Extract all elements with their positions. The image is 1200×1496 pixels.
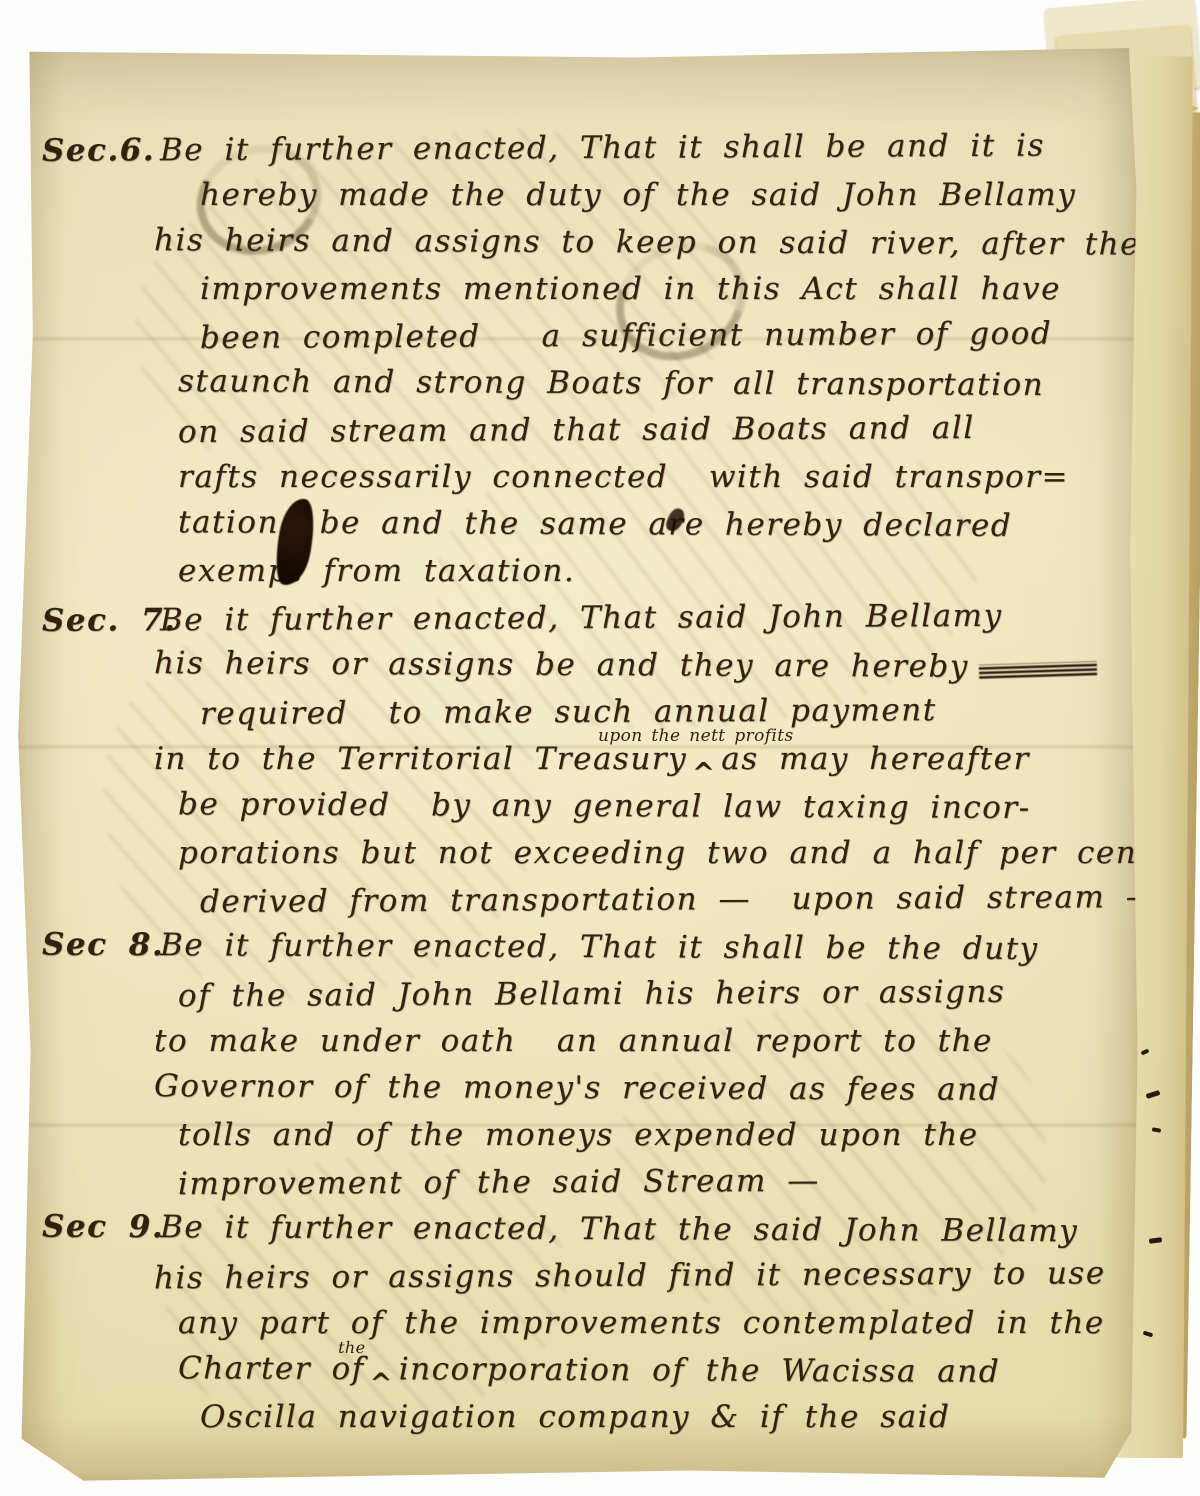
line-text: rafts necessarily connected with said tr… bbox=[178, 459, 1069, 495]
manuscript-line: tation be and the same are hereby declar… bbox=[42, 504, 1124, 556]
line-text: incorporation of the Wacissa and bbox=[399, 1351, 1001, 1390]
manuscript-line: Oscilla navigation company & if the said bbox=[42, 1399, 1124, 1446]
caret-insertion-icon: ^ bbox=[692, 758, 716, 789]
manuscript-page: Sec.6.Be it further enacted, That it sha… bbox=[16, 46, 1138, 1482]
manuscript-line: to make under oath an annual report to t… bbox=[42, 1023, 1124, 1070]
manuscript-line-with-insertion: Charter of^theincorporation of the Wacis… bbox=[42, 1350, 1124, 1402]
line-text: hereby made the duty of the said John Be… bbox=[200, 177, 1076, 213]
manuscript-text-block: Sec.6.Be it further enacted, That it sha… bbox=[42, 130, 1124, 1446]
manuscript-line: required to make such annual payment bbox=[42, 691, 1124, 744]
line-text: Be it further enacted, That it shall be … bbox=[160, 927, 1039, 967]
line-text: porations but not exceeding two and a ha… bbox=[178, 835, 1200, 871]
line-text: been completed a sufficient number of go… bbox=[200, 316, 1052, 356]
line-text: as may hereafter bbox=[721, 741, 1030, 777]
manuscript-line-with-insertion: in to the Territorial Treasury^upon the … bbox=[42, 741, 1124, 788]
manuscript-line: improvement of the said Stream — bbox=[42, 1161, 1124, 1214]
line-text: staunch and strong Boats for all transpo… bbox=[178, 363, 1044, 403]
line-text: any part of the improvements contemplate… bbox=[178, 1305, 1105, 1341]
section-label: Sec 8. bbox=[42, 927, 160, 964]
manuscript-line: improvements mentioned in this Act shall… bbox=[42, 271, 1124, 318]
manuscript-line: staunch and strong Boats for all transpo… bbox=[42, 363, 1124, 415]
line-text: to make under oath an annual report to t… bbox=[154, 1023, 993, 1059]
line-text: improvements mentioned in this Act shall… bbox=[200, 271, 1061, 307]
manuscript-line: of the said John Bellami his heirs or as… bbox=[42, 973, 1124, 1026]
crossed-out-word bbox=[979, 661, 1097, 681]
line-text: Governor of the money's received as fees… bbox=[154, 1068, 1000, 1108]
manuscript-line: derived from transportation — upon said … bbox=[42, 879, 1124, 932]
line-text: required to make such annual payment bbox=[200, 692, 937, 732]
line-text: in to the Territorial Treasury bbox=[154, 741, 687, 777]
manuscript-line: his heirs and assigns to keep on said ri… bbox=[42, 222, 1124, 274]
section-label: Sec.6. bbox=[42, 132, 160, 169]
line-text: Be it further enacted, That the said Joh… bbox=[160, 1209, 1078, 1249]
manuscript-line: his heirs or assigns should find it nece… bbox=[42, 1255, 1124, 1308]
line-text: improvement of the said Stream — bbox=[178, 1163, 820, 1202]
manuscript-line: Governor of the money's received as fees… bbox=[42, 1068, 1124, 1120]
caret-insertion-icon: ^ bbox=[370, 1368, 394, 1399]
section-label: Sec. 7. bbox=[42, 602, 160, 639]
line-text: his heirs and assigns to keep on said ri… bbox=[154, 222, 1140, 262]
line-text: derived from transportation — upon said … bbox=[200, 879, 1158, 920]
line-text: tolls and of the moneys expended upon th… bbox=[178, 1117, 979, 1153]
manuscript-line: Sec 8.Be it further enacted, That it sha… bbox=[42, 927, 1124, 979]
manuscript-line: exempt from taxation. bbox=[42, 553, 1124, 600]
line-text: exempt from taxation. bbox=[178, 553, 575, 589]
section-label: Sec 9. bbox=[42, 1209, 160, 1246]
manuscript-line: hereby made the duty of the said John Be… bbox=[42, 177, 1124, 224]
line-text: of the said John Bellami his heirs or as… bbox=[178, 974, 1005, 1014]
line-text: Be it further enacted, That said John Be… bbox=[160, 598, 1003, 638]
interlinear-insertion: upon the nett profits bbox=[598, 726, 794, 746]
manuscript-line: be provided by any general law taxing in… bbox=[42, 786, 1124, 838]
manuscript-line: rafts necessarily connected with said tr… bbox=[42, 459, 1124, 506]
line-text: on said stream and that said Boats and a… bbox=[178, 410, 975, 450]
line-text: Oscilla navigation company & if the said bbox=[200, 1399, 950, 1435]
line-text: Be it further enacted, That it shall be … bbox=[160, 128, 1045, 169]
manuscript-line: tolls and of the moneys expended upon th… bbox=[42, 1117, 1124, 1164]
line-text: his heirs or assigns should find it nece… bbox=[154, 1255, 1106, 1296]
scan-background: Sec.6.Be it further enacted, That it sha… bbox=[0, 0, 1200, 1496]
manuscript-line: Sec. 7.Be it further enacted, That said … bbox=[42, 597, 1124, 650]
line-text: be provided by any general law taxing in… bbox=[178, 786, 1031, 826]
manuscript-line: Sec.6.Be it further enacted, That it sha… bbox=[42, 127, 1124, 180]
manuscript-line: Sec 9.Be it further enacted, That the sa… bbox=[42, 1209, 1124, 1261]
manuscript-line: porations but not exceeding two and a ha… bbox=[42, 835, 1124, 882]
line-text: Charter of bbox=[178, 1350, 365, 1387]
manuscript-line: been completed a sufficient number of go… bbox=[42, 315, 1124, 368]
manuscript-line: his heirs or assigns be and they are her… bbox=[42, 645, 1124, 697]
line-text: his heirs or assigns be and they are her… bbox=[154, 645, 969, 685]
manuscript-line: on said stream and that said Boats and a… bbox=[42, 409, 1124, 462]
manuscript-line: any part of the improvements contemplate… bbox=[42, 1305, 1124, 1352]
interlinear-insertion: the bbox=[338, 1338, 365, 1357]
